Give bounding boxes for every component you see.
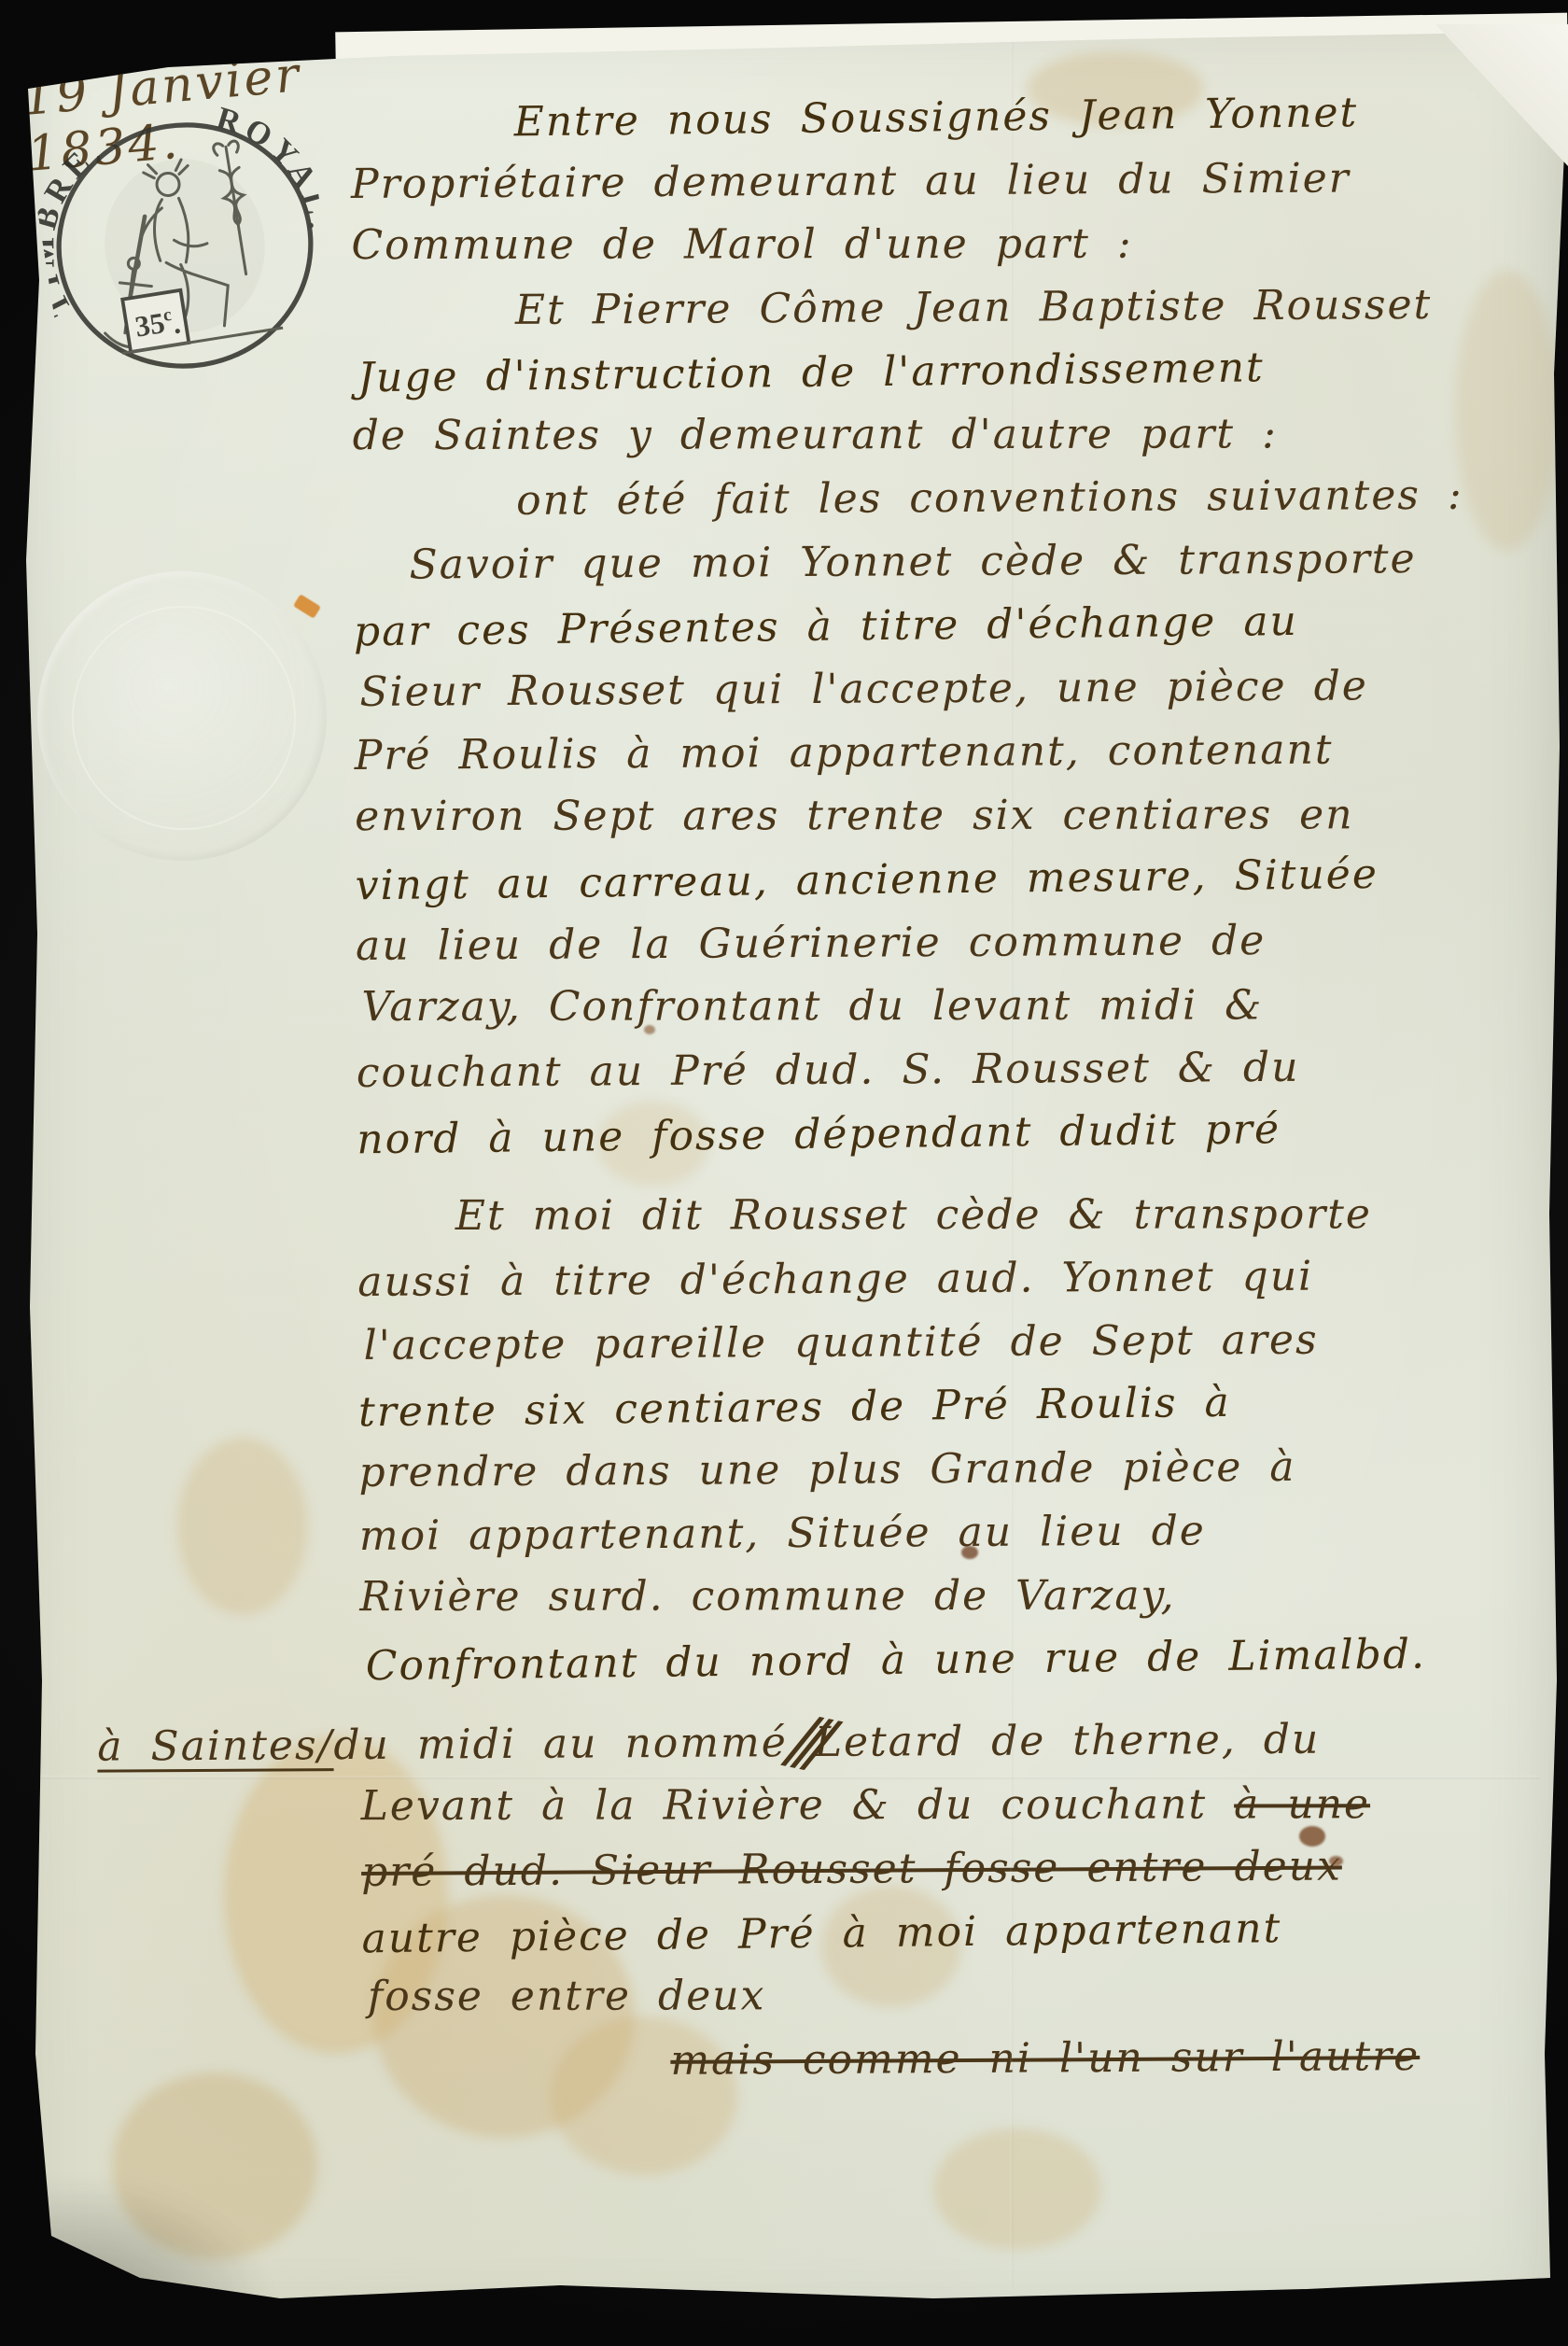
hand-line: Commune de Marol d'une part : [351,212,1564,277]
scan-background: 19 Janvier 1834. TIMBRE ROYAL. [0,0,1568,2346]
hand-line: Savoir que moi Yonnet cède & transporte [353,527,1566,597]
embossed-seal [37,571,327,861]
manuscript-text: Entre nous Soussignés Jean YonnetProprié… [350,82,1568,2095]
hand-line: Et Pierre Côme Jean Baptiste Rousset [352,273,1565,344]
hand-line: fosse entre deux [368,1963,1568,2029]
stamp-value-box: 35c. [122,290,189,352]
hand-line: autre pièce de Pré à moi appartenant [361,1894,1568,1972]
hand-line: environ Sept ares trente six centiares e… [355,783,1568,849]
hand-line: au lieu de la Guérinerie commune de [356,907,1568,978]
tape-fragment [293,594,321,618]
hand-line: par ces Présentes à titre d'échange au [354,587,1568,665]
hand-line: Varzay, Confrontant du levant midi & [361,974,1568,1039]
vertical-fold-crease [1010,37,1014,2287]
timbre-royal-stamp: TIMBRE ROYAL. [25,90,344,400]
hand-line: pré dud. Sieur Rousset fosse entre deux [361,1833,1568,1904]
hand-line: Pré Roulis à moi appartenant, contenant [355,717,1568,788]
hand-line: de Saintes y demeurant d'autre part : [353,402,1566,468]
stamp-value: 35c. [133,304,182,346]
hand-line: vingt au carreau, ancienne mesure, Situé… [355,841,1568,919]
paper-sheet: 19 Janvier 1834. TIMBRE ROYAL. [0,0,1568,2346]
stain [933,2128,1101,2250]
stain [177,1438,308,1615]
corner-curl-shadow [28,2166,289,2325]
hand-line: trente six centiares de Pré Roulis à [358,1368,1568,1445]
hand-line: Confrontant du nord à une rue de Limalbd… [365,1622,1568,1699]
margin-insertion: à Saintes/ [97,1721,333,1771]
hand-line: mais comme ni l'un sur l'autre [362,2024,1568,2095]
hand-line: aussi à titre d'échange aud. Yonnet qui [357,1243,1568,1314]
ink-fleck [1299,1826,1325,1847]
embossed-seal-ring [72,606,296,830]
ink-fleck [1329,1856,1343,1866]
hand-line: l'accepte pareille quantité de Sept ares [363,1307,1568,1378]
hand-line: ont été fait les conventions suivantes : [353,463,1566,534]
hand-line: Juge d'instruction de l'arrondissement [357,333,1566,411]
hand-line: Rivière surd. commune de Varzay, [359,1564,1568,1629]
struck-words: à une [1234,1780,1370,1828]
hand-line: Entre nous Soussignés Jean Yonnet [350,79,1564,157]
hand-line: Et moi dit Rousset cède & transporte [357,1183,1568,1248]
hand-line: nord à une fosse dépendant dudit pré [357,1095,1568,1173]
hand-line: Levant à la Rivière & du couchant à une [361,1773,1568,1838]
hand-line: moi appartenant, Située au lieu de [359,1497,1568,1568]
hand-line: prendre dans une plus Grande pièce à [358,1434,1568,1505]
hand-line: à Saintes/du midi au nommé Letard de the… [97,1707,1568,1779]
hand-line: couchant au Pré dud. S. Rousset & du [357,1034,1568,1105]
stamp-graphic: TIMBRE ROYAL. [25,90,344,400]
ink-fleck [644,1025,655,1034]
ink-fleck [961,1546,978,1559]
hand-line: Propriétaire demeurant au lieu du Simier [351,146,1564,217]
hand-line: Sieur Rousset qui l'accepte, une pièce d… [359,653,1567,724]
